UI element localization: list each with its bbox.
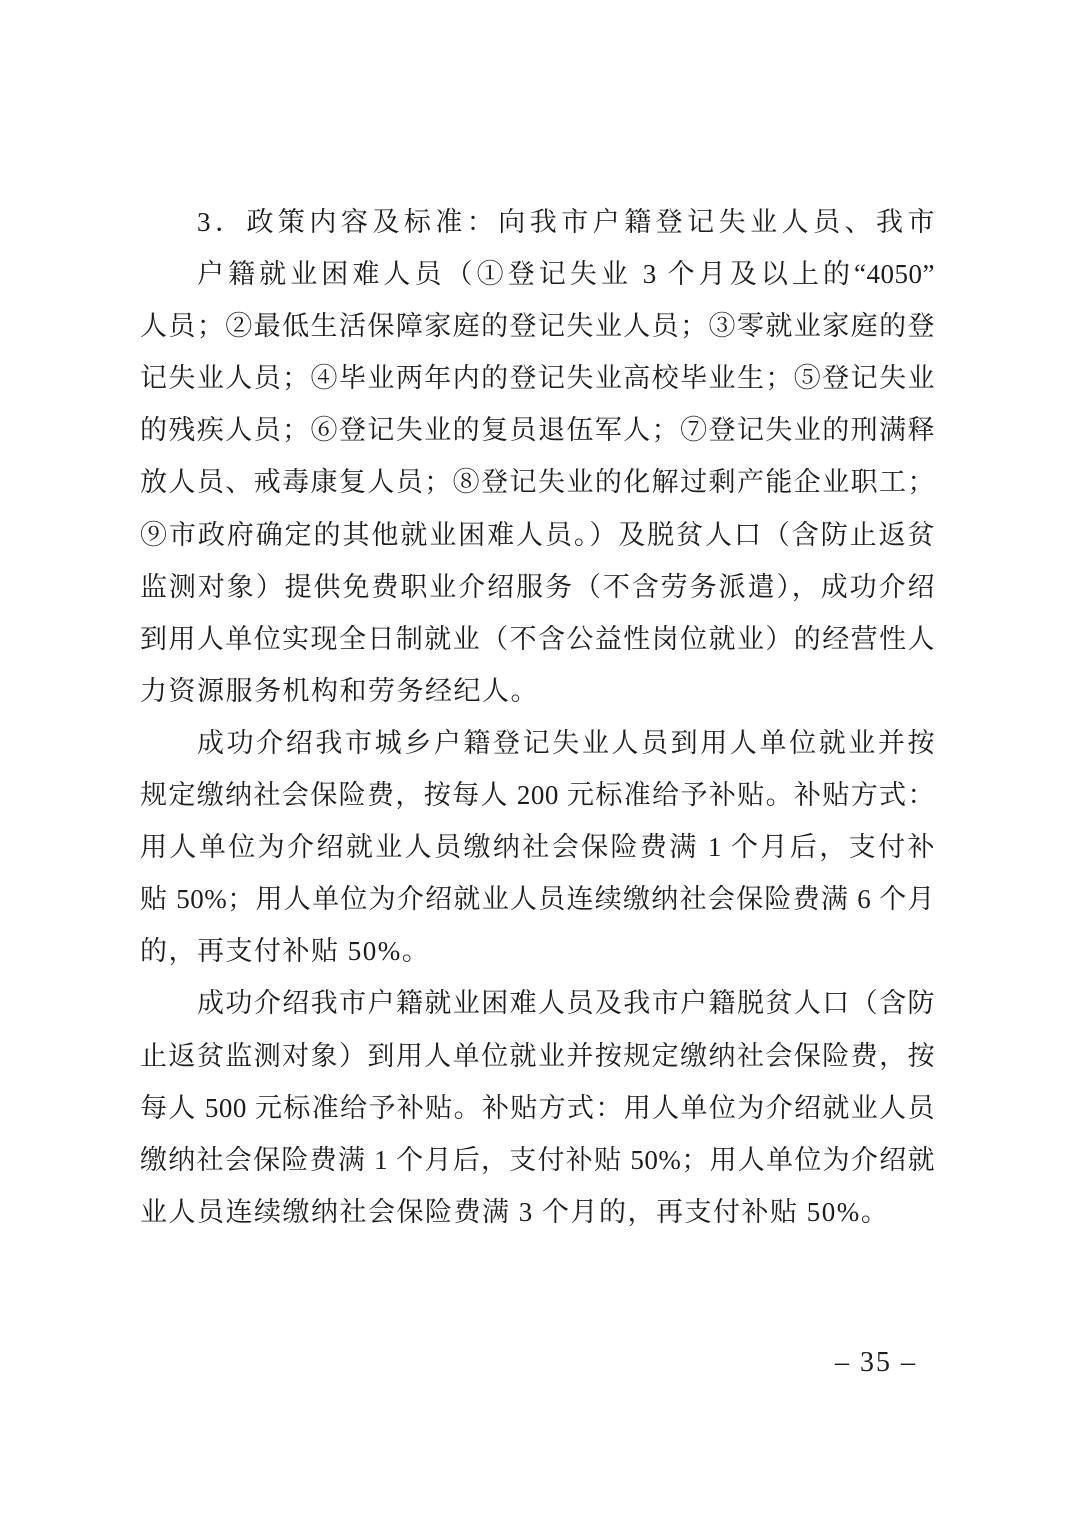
text-line: ⑨市政府确定的其他就业困难人员。）及脱贫人口（含防止返贫 <box>140 509 935 561</box>
text-line: 规定缴纳社会保险费，按每人 200 元标准给予补贴。补贴方式： <box>140 769 935 821</box>
text-line: 成功介绍我市户籍就业困难人员及我市户籍脱贫人口（含防 <box>140 977 935 1029</box>
text-line: 业人员连续缴纳社会保险费满 3 个月的，再支付补贴 50%。 <box>140 1186 935 1238</box>
text-line: 人员；②最低生活保障家庭的登记失业人员；③零就业家庭的登 <box>140 300 935 352</box>
text-line: 缴纳社会保险费满 1 个月后，支付补贴 50%；用人单位为介绍就 <box>140 1134 935 1186</box>
text-line: 的残疾人员；⑥登记失业的复员退伍军人；⑦登记失业的刑满释 <box>140 404 935 456</box>
text-line: 用人单位为介绍就业人员缴纳社会保险费满 1 个月后，支付补 <box>140 821 935 873</box>
text-line: 户籍就业困难人员（①登记失业 3 个月及以上的“4050” <box>140 248 935 300</box>
text-line: 放人员、戒毒康复人员；⑧登记失业的化解过剩产能企业职工； <box>140 456 935 508</box>
document-page: 3．政策内容及标准：向我市户籍登记失业人员、我市 户籍就业困难人员（①登记失业 … <box>0 0 1074 1520</box>
text-line: 贴 50%；用人单位为介绍就业人员连续缴纳社会保险费满 6 个月 <box>140 873 935 925</box>
text-line: 到用人单位实现全日制就业（不含公益性岗位就业）的经营性人 <box>140 613 935 665</box>
document-text-block: 3．政策内容及标准：向我市户籍登记失业人员、我市 户籍就业困难人员（①登记失业 … <box>140 196 935 1238</box>
text-line: 监测对象）提供免费职业介绍服务（不含劳务派遣），成功介绍 <box>140 561 935 613</box>
page-number: – 35 – <box>835 1347 917 1379</box>
text-line: 力资源服务机构和劳务经纪人。 <box>140 665 935 717</box>
text-line: 3．政策内容及标准：向我市户籍登记失业人员、我市 <box>140 196 935 248</box>
text-line: 的，再支付补贴 50%。 <box>140 925 935 977</box>
text-line: 记失业人员；④毕业两年内的登记失业高校毕业生；⑤登记失业 <box>140 352 935 404</box>
text-line: 止返贫监测对象）到用人单位就业并按规定缴纳社会保险费，按 <box>140 1030 935 1082</box>
text-line: 每人 500 元标准给予补贴。补贴方式：用人单位为介绍就业人员 <box>140 1082 935 1134</box>
text-line: 成功介绍我市城乡户籍登记失业人员到用人单位就业并按 <box>140 717 935 769</box>
